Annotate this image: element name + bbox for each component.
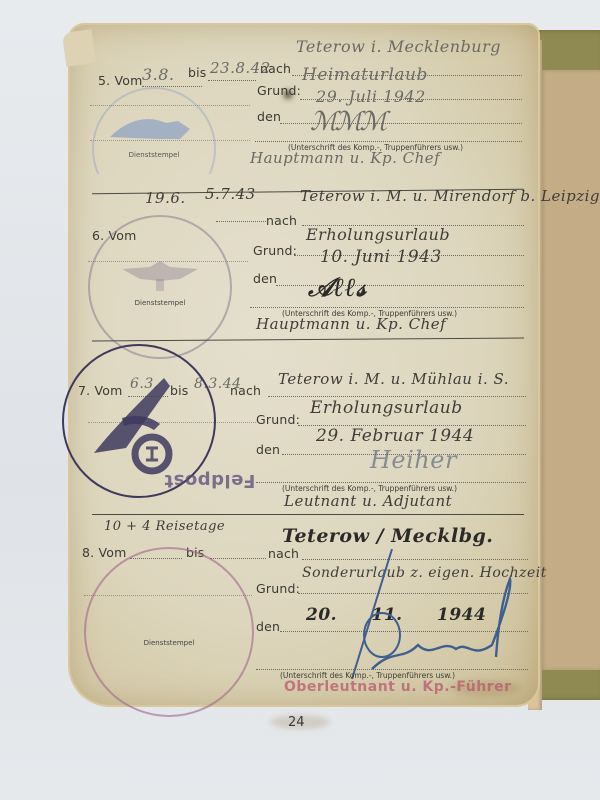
travel-days-note: 10 + 4 Reisetage xyxy=(104,519,225,534)
destination-label: nach xyxy=(260,61,291,76)
reason-label: Grund: xyxy=(257,83,301,98)
cover-inner-lining xyxy=(540,70,600,670)
date-label: den xyxy=(256,619,280,634)
service-stamp: Dienststempel xyxy=(84,547,254,717)
date-label: den xyxy=(253,271,277,286)
date-value: 29. Februar 1944 xyxy=(316,426,474,446)
date-value: 29. Juli 1942 xyxy=(316,87,426,106)
rank-value: Leutnant u. Adjutant xyxy=(284,492,452,510)
signature: ℳℳℳ xyxy=(310,107,384,137)
signature: Heiher xyxy=(370,446,457,474)
entry-number-label: 8. Vom xyxy=(82,545,127,560)
feldpost-stamp: Feldpost xyxy=(164,470,255,491)
from-date: 3.8. xyxy=(142,65,175,84)
destination-label: nach xyxy=(268,546,299,561)
service-stamp: Dienststempel xyxy=(88,215,232,359)
until-label: bis xyxy=(188,65,207,80)
reason-value: Heimaturlaub xyxy=(302,65,428,85)
reason-label: Grund: xyxy=(256,581,300,596)
leave-entry-8: 10 + 4 Reisetage 8. Vom bis nach Teterow… xyxy=(70,515,538,715)
until-date: 5.7.43 xyxy=(205,185,256,203)
eagle-emblem-icon xyxy=(108,109,198,149)
eagle-emblem-icon xyxy=(74,358,194,478)
entry-number-label: 5. Vom xyxy=(98,73,143,88)
destination-label: nach xyxy=(266,213,297,228)
reason-label: Grund: xyxy=(253,243,297,258)
destination-value: Teterow i. Mecklenburg xyxy=(296,37,501,56)
rank-stamp: Oberleutnant u. Kp.-Führer xyxy=(284,679,511,695)
leave-entry-6: 19.6. 5.7.43 6. Vom nach Teterow i. M. u… xyxy=(70,185,538,345)
from-date: 19.6. xyxy=(145,189,186,207)
reason-value: Erholungsurlaub xyxy=(310,398,463,418)
eagle-emblem-icon xyxy=(120,259,200,293)
destination-value: Teterow i. M. u. Mirendorf b. Leipzig xyxy=(300,187,600,205)
leave-entry-7: 7. Vom 6.3. bis 8.3.44 nach Teterow i. M… xyxy=(70,342,538,517)
destination-label: nach xyxy=(230,383,261,398)
rank-value: Hauptmann u. Kp. Chef xyxy=(256,315,446,333)
destination-value: Teterow i. M. u. Mühlau i. S. xyxy=(278,370,509,388)
destination-value: Teterow / Mecklbg. xyxy=(282,525,493,547)
reason-value: Erholungsurlaub xyxy=(306,225,450,244)
date-label: den xyxy=(256,442,280,457)
reason-label: Grund: xyxy=(256,412,300,427)
page-number: 24 xyxy=(288,715,305,730)
rank-value: Hauptmann u. Kp. Chef xyxy=(250,149,440,167)
signature: 𝒜ℓℓ𝓈 xyxy=(308,273,366,304)
blue-signature-icon xyxy=(332,549,532,689)
date-value: 10. Juni 1943 xyxy=(320,247,442,267)
date-label: den xyxy=(257,109,281,124)
leave-entry-5: 5. Vom 3.8. bis 23.8.42 nach Teterow i. … xyxy=(70,25,538,195)
